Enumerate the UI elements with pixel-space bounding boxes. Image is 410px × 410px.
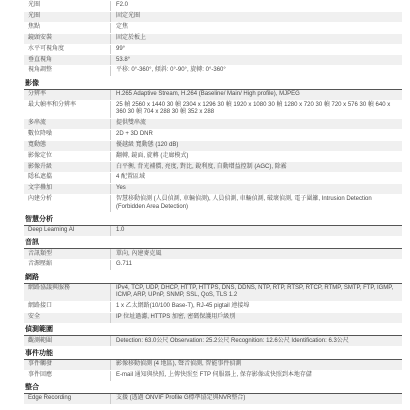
spec-row-label: 數位降噪 [24,130,110,140]
spec-row-label: 最大幀率和分辨率 [24,101,110,118]
spec-row-label: 焦點 [24,23,110,33]
spec-row-label: 光圈 [24,12,110,22]
section-title: 事件功能 [24,348,402,360]
section-title: 音訊 [24,238,402,250]
spec-row-label: 鏡頭安裝 [24,34,110,44]
spec-row-value: 單向, 內建麥克風 [110,249,402,259]
spec-row-value: 平移: 0°-360°, 傾斜: 0°-90°, 旋轉: 0°-360° [110,66,402,76]
spec-row-value: F2.0 [110,1,402,11]
spec-row-label: 網路接口 [24,302,110,312]
spec-row-label: Edge Recording [24,394,110,404]
spec-row: 視角調整平移: 0°-360°, 傾斜: 0°-90°, 旋轉: 0°-360° [24,66,402,77]
spec-row: 寬動態優越級 寬動態 (120 dB) [24,141,402,152]
spec-row: 事件觸發影像移動偵測 (4 地區), 聲音偵測, 智能事件偵測 [24,360,402,371]
spec-row-value: 定焦 [110,23,402,33]
spec-row-label: 寬動態 [24,141,110,151]
spec-row-value: 4 配置區域 [110,173,402,183]
spec-row-label: 光圈 [24,1,110,11]
spec-row: 鏡頭安裝固定於板上 [24,34,402,45]
spec-row: 內建分析智慧移動偵測 (人員偵測, 車輛偵測), 人員偵測, 車輛偵測, 破壞偵… [24,195,402,213]
spec-row: 安全IP 位址過濾, HTTPS 加密, 密碼保護用戶級別 [24,313,402,324]
spec-row-value: 翻轉, 鏡面, 旋轉 (走廊模式) [110,152,402,162]
spec-row-label: 多串流 [24,119,110,129]
spec-row-label: 安全 [24,313,110,323]
spec-row-label: 音訊類型 [24,249,110,259]
spec-row-value: IP 位址過濾, HTTPS 加密, 密碼保護用戶級別 [110,313,402,323]
spec-row-label: 水平可視角度 [24,45,110,55]
spec-row: 數位降噪2D + 3D DNR [24,130,402,141]
spec-row-value: E-mail 通知與快照, 上傳快照至 FTP 伺服器上, 保存影像或快照到本地… [110,371,402,381]
spec-row: Deep Learning AI1.0 [24,226,402,237]
section-title: 網路 [24,272,402,284]
spec-row: 最大幀率和分辨率25 幀 2560 x 1440 30 幀 2304 x 129… [24,101,402,119]
spec-row-value: Detection: 63.0公尺 Observation: 25.2公尺 Re… [110,336,402,346]
spec-row-label: 垂直視角 [24,55,110,65]
spec-row: 光圈固定光圈 [24,12,402,23]
spec-row-label: 分辨率 [24,90,110,100]
spec-row-value: 支援 (透過 ONVIF Profile G標準協定與NVR整合) [110,394,402,404]
section-title: 整合 [24,383,402,395]
spec-row: 影像升級白平衡, 背光補償, 亮度, 對比, 銳利度, 自動增益控制 (AGC)… [24,162,402,173]
spec-row: 多串流提供雙串流 [24,119,402,130]
spec-row: 網路協議與服務IPv4, TCP, UDP, DHCP, HTTP, HTTPS… [24,284,402,302]
spec-row: Edge Recording支援 (透過 ONVIF Profile G標準協定… [24,394,402,405]
spec-row-value: IPv4, TCP, UDP, DHCP, HTTP, HTTPS, DNS, … [110,284,402,301]
spec-row: 音源壓縮G.711 [24,260,402,271]
spec-row-value: 固定於板上 [110,34,402,44]
spec-row-value: 1 x 乙太網路(10/100 Base-T), RJ-45 pigtail 連… [110,302,402,312]
spec-row-value: 提供雙串流 [110,119,402,129]
spec-row-value: 53.8° [110,55,402,65]
spec-row: 事件回應E-mail 通知與快照, 上傳快照至 FTP 伺服器上, 保存影像或快… [24,371,402,382]
spec-row-value: 白平衡, 背光補償, 亮度, 對比, 銳利度, 自動增益控制 (AGC), 除霧 [110,162,402,172]
section-title: 影像 [24,78,402,90]
spec-row-label: 視角調整 [24,66,110,76]
spec-row: 垂直視角53.8° [24,55,402,66]
spec-row-label: 隱私遮擋 [24,173,110,183]
spec-row: 影像定位翻轉, 鏡面, 旋轉 (走廊模式) [24,152,402,163]
spec-row-label: Deep Learning AI [24,226,110,236]
spec-row: 水平可視角度99° [24,45,402,56]
spec-row-label: 事件觸發 [24,360,110,370]
spec-row: 隱私遮擋4 配置區域 [24,173,402,184]
spec-row-label: 影像定位 [24,152,110,162]
spec-row-value: Yes [110,184,402,194]
spec-row-label: 觀測範圍 [24,336,110,346]
spec-row-value: 影像移動偵測 (4 地區), 聲音偵測, 智能事件偵測 [110,360,402,370]
spec-row-value: 智慧移動偵測 (人員偵測, 車輛偵測), 人員偵測, 車輛偵測, 破壞偵測, 電… [110,195,402,212]
spec-row: 文字疊加Yes [24,184,402,195]
spec-row: 音訊類型單向, 內建麥克風 [24,249,402,260]
section-title: 智慧分析 [24,214,402,226]
spec-row: 光圈F2.0 [24,1,402,12]
spec-row-value: 99° [110,45,402,55]
spec-row-label: 內建分析 [24,195,110,212]
spec-row-value: 1.0 [110,226,402,236]
spec-row-value: 25 幀 2560 x 1440 30 幀 2304 x 1296 30 幀 1… [110,101,402,118]
spec-row-label: 事件回應 [24,371,110,381]
spec-row-label: 網路協議與服務 [24,284,110,301]
spec-row-value: 2D + 3D DNR [110,130,402,140]
spec-table: 光圈F2.0光圈固定光圈焦點定焦鏡頭安裝固定於板上水平可視角度99°垂直視角53… [24,0,402,405]
spec-row-value: G.711 [110,260,402,270]
spec-row-label: 文字疊加 [24,184,110,194]
section-title: 偵測範圍 [24,325,402,337]
spec-row-label: 音源壓縮 [24,260,110,270]
spec-row: 網路接口1 x 乙太網路(10/100 Base-T), RJ-45 pigta… [24,302,402,313]
spec-row: 觀測範圍Detection: 63.0公尺 Observation: 25.2公… [24,336,402,347]
spec-row: 焦點定焦 [24,23,402,34]
spec-row-value: 固定光圈 [110,12,402,22]
spec-row-value: 優越級 寬動態 (120 dB) [110,141,402,151]
spec-row: 分辨率H.265 Adaptive Stream, H.264 (Baselin… [24,90,402,101]
spec-row-value: H.265 Adaptive Stream, H.264 (Baseline/ … [110,90,402,100]
spec-row-label: 影像升級 [24,162,110,172]
